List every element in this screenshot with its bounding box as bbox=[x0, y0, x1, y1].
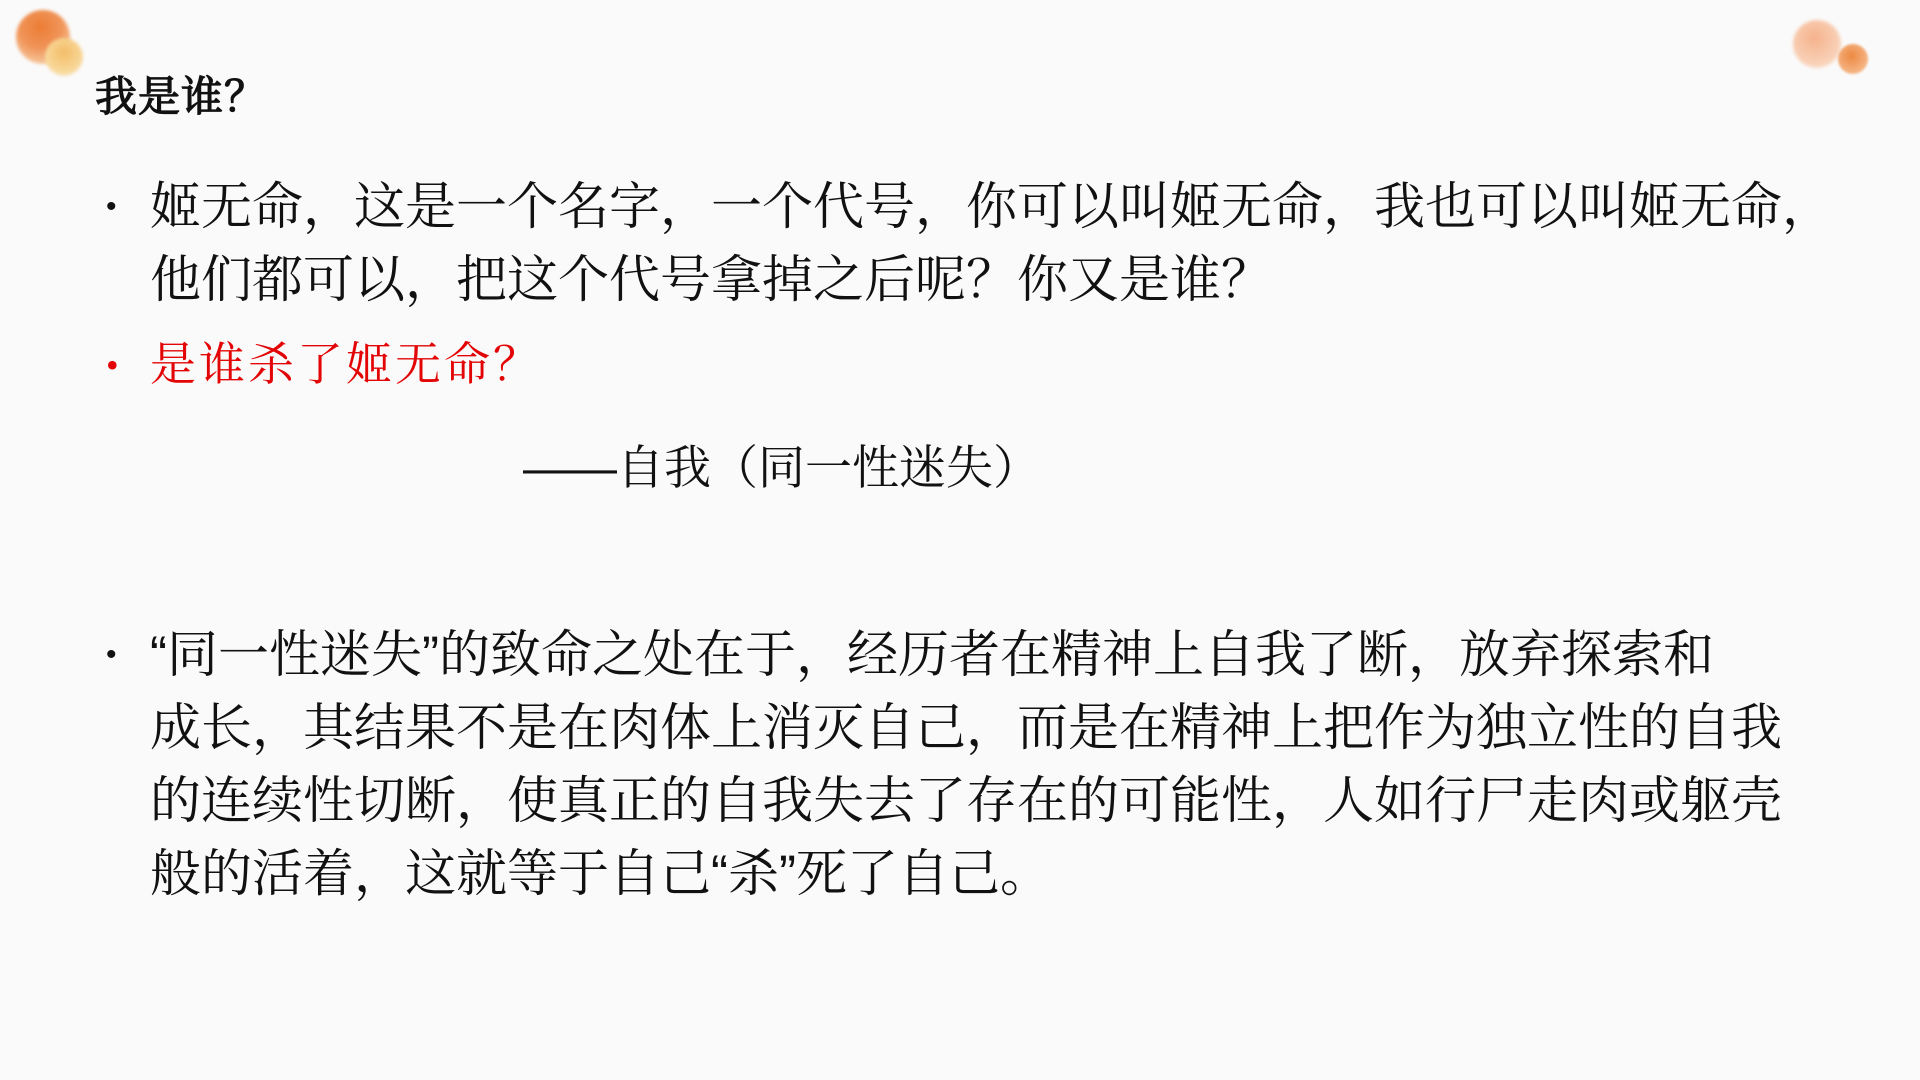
corner-decoration-small-orange-circle bbox=[1838, 44, 1868, 74]
slide-title: 我是谁？ bbox=[95, 64, 267, 124]
red-question-text: 是谁杀了姬无命？ bbox=[150, 334, 542, 396]
bullet-item-identity: • 姬无命，这是一个名字，一个代号，你可以叫姬无命，我也可以叫姬无命， 他们都可… bbox=[106, 170, 1833, 316]
text-line: 般的活着，这就等于自己“杀”死了自己。 bbox=[150, 837, 1782, 910]
bullet-marker: • bbox=[106, 334, 150, 396]
bullet-item-explanation: • “同一性迷失”的致命之处在于，经历者在精神上自我了断，放弃探索和 成长，其结… bbox=[106, 618, 1782, 910]
bullet-item-question-red: • 是谁杀了姬无命？ bbox=[106, 334, 542, 396]
text-line: 他们都可以，把这个代号拿掉之后呢？你又是谁？ bbox=[150, 243, 1833, 316]
text-line: 成长，其结果不是在肉体上消灭自己，而是在精神上把作为独立性的自我 bbox=[150, 691, 1782, 764]
text-line: “同一性迷失”的致命之处在于，经历者在精神上自我了断，放弃探索和 bbox=[150, 618, 1782, 691]
corner-decoration-peach-circle bbox=[1793, 20, 1841, 68]
paragraph-text-block: “同一性迷失”的致命之处在于，经历者在精神上自我了断，放弃探索和 成长，其结果不… bbox=[150, 618, 1782, 910]
corner-decoration-orange-circle bbox=[16, 10, 70, 64]
text-line: 的连续性切断，使真正的自我失去了存在的可能性，人如行尸走肉或躯壳 bbox=[150, 764, 1782, 837]
corner-decoration-yellow-circle bbox=[45, 38, 83, 76]
attribution-line: ——自我（同一性迷失） bbox=[523, 438, 1040, 498]
bullet-text-block: 姬无命，这是一个名字，一个代号，你可以叫姬无命，我也可以叫姬无命， 他们都可以，… bbox=[150, 170, 1833, 316]
bullet-marker: • bbox=[106, 170, 150, 243]
text-line: 姬无命，这是一个名字，一个代号，你可以叫姬无命，我也可以叫姬无命， bbox=[150, 170, 1833, 243]
presentation-slide: 我是谁？ • 姬无命，这是一个名字，一个代号，你可以叫姬无命，我也可以叫姬无命，… bbox=[0, 0, 1920, 1080]
bullet-marker: • bbox=[106, 618, 150, 691]
